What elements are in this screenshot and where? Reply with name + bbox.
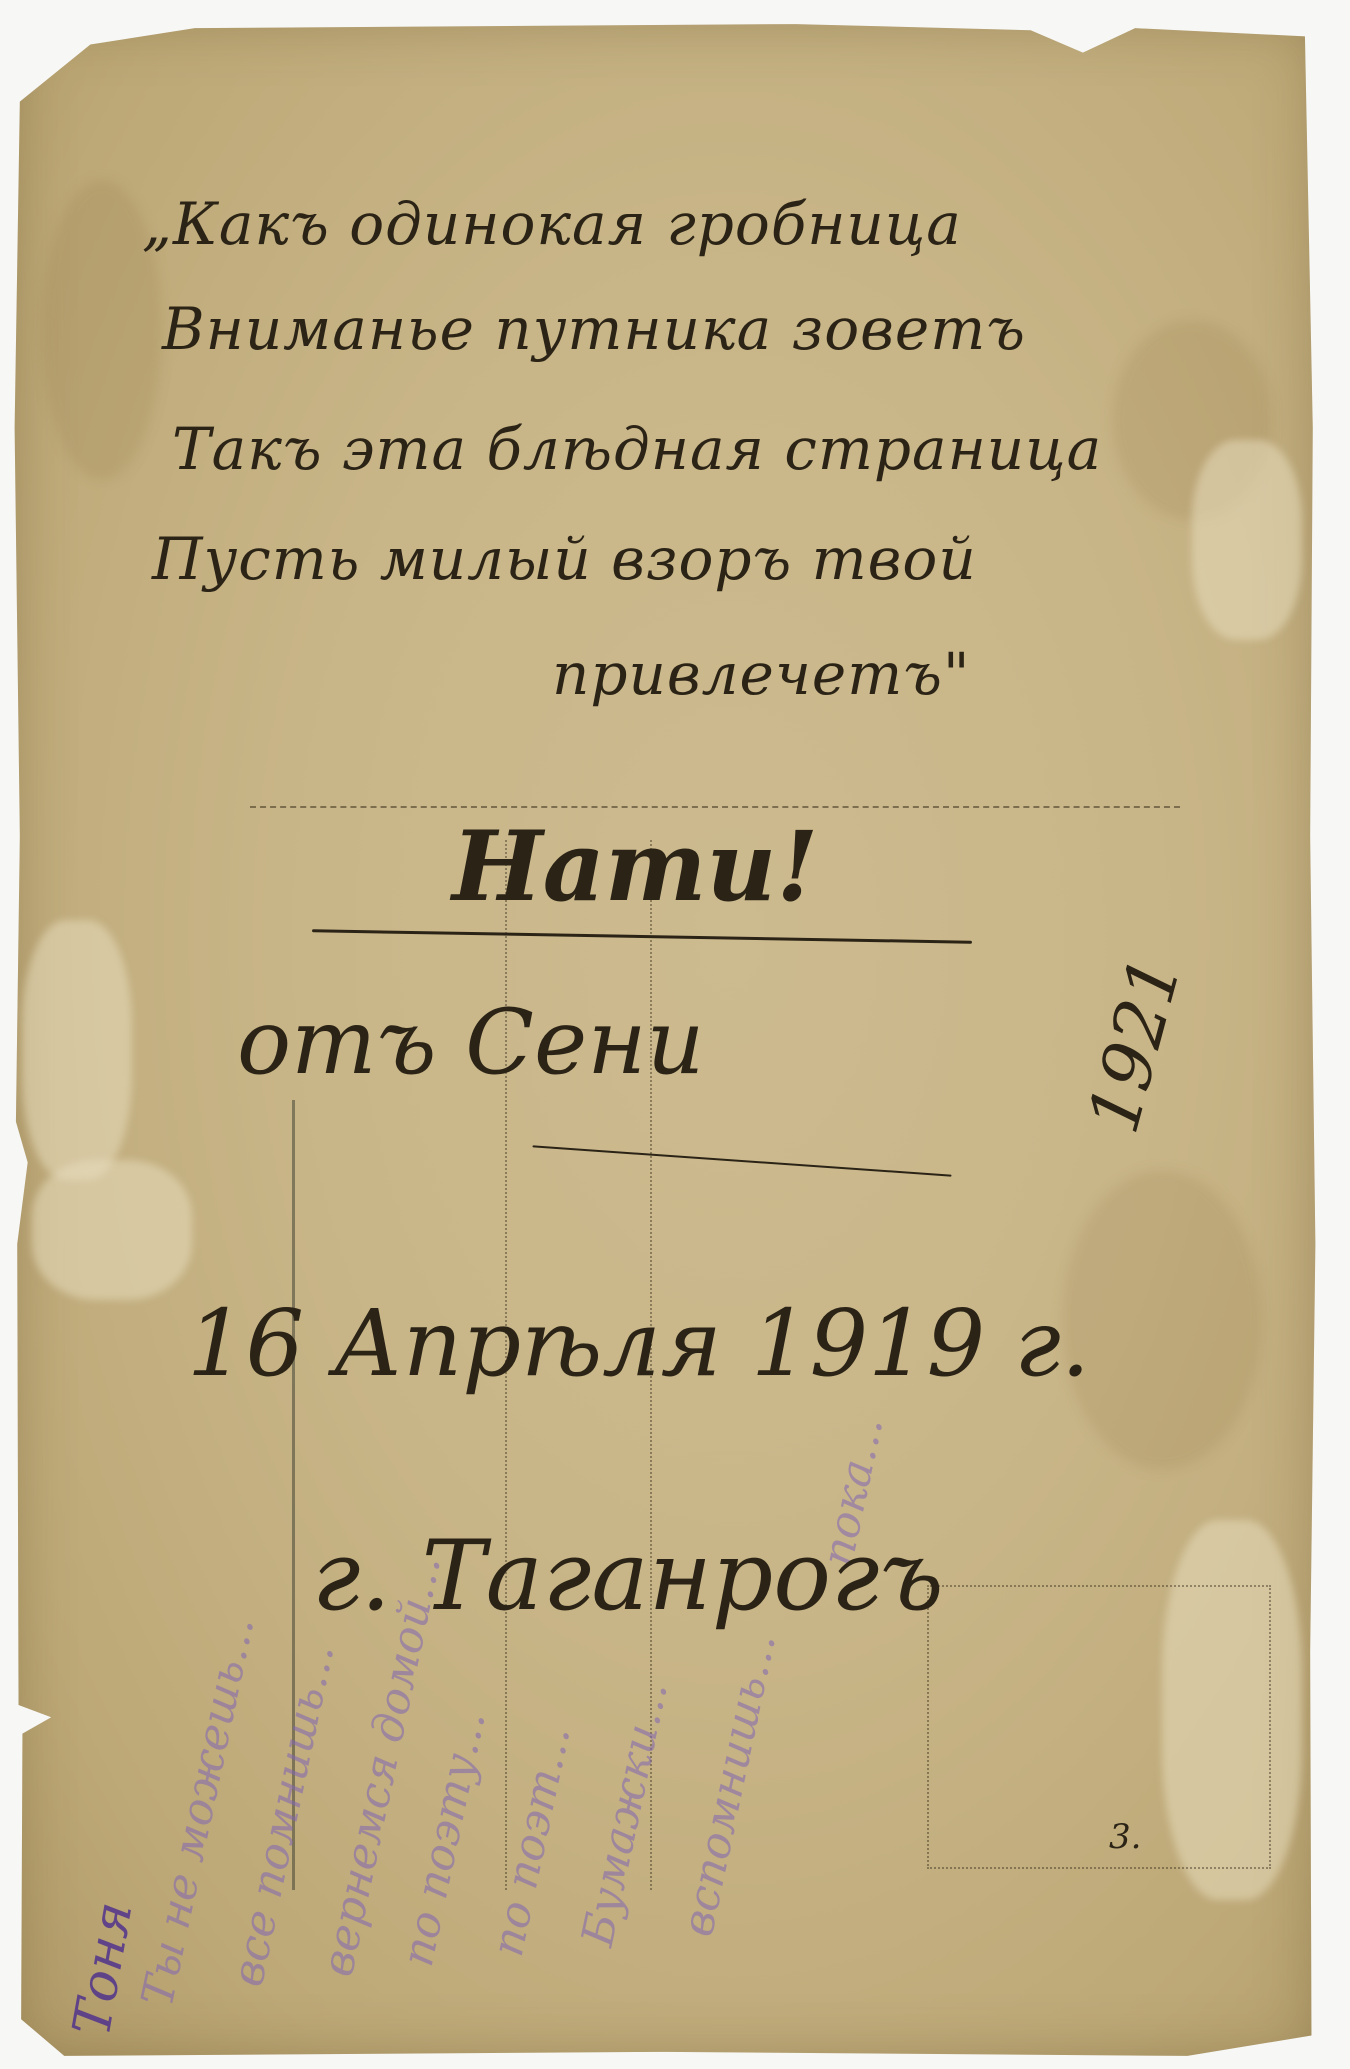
poem-line-2: Вниманье путника зоветъ <box>162 295 1026 363</box>
addressee: Нати! <box>452 810 818 923</box>
stain <box>1062 1170 1262 1470</box>
poem-line-5: привлечетъ" <box>552 640 971 708</box>
pencil-line: Бумажки… <box>572 1677 678 1951</box>
pencil-line: по поэт… <box>482 1721 581 1961</box>
sender: отъ Сени <box>237 990 705 1095</box>
worn-area <box>1192 440 1302 640</box>
date: 16 Апрѣля 1919 г. <box>187 1290 1090 1397</box>
printed-divider-line <box>250 806 1180 808</box>
side-note: 1921 <box>1072 948 1197 1141</box>
sender-underline <box>532 1145 951 1176</box>
stamp-box-mark: 3. <box>1109 1817 1141 1857</box>
poem-line-4: Пусть милый взоръ твой <box>152 525 977 593</box>
place: г. Таганрогъ <box>312 1520 944 1632</box>
worn-area <box>32 1160 192 1300</box>
addressee-underline <box>312 929 972 944</box>
pencil-signature: Тоня <box>62 1897 144 2040</box>
stamp-box: 3. <box>927 1585 1271 1869</box>
pencil-line: вспомнишь… <box>672 1628 786 1940</box>
postcard: 3. Ты не можешь… все помнишь… вернемся д… <box>12 20 1318 2060</box>
poem-line-3: Такъ эта блѣдная страница <box>172 415 1102 483</box>
poem-line-1: „Какъ одинокая гробница <box>142 190 962 258</box>
worn-area <box>22 920 132 1180</box>
